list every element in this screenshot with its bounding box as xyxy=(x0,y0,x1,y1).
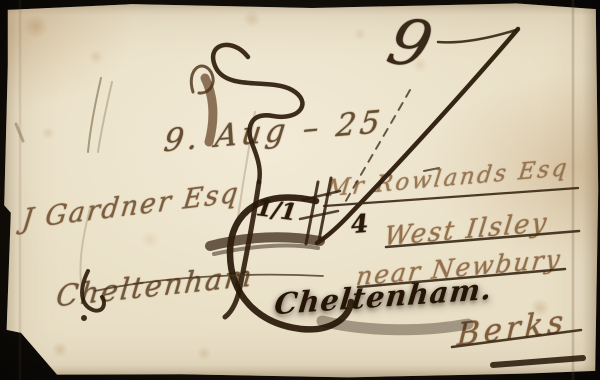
charge-mark: 1/1 xyxy=(255,196,298,224)
letter-photograph: Mr Rowlands Esq West Ilsley near Newbury… xyxy=(0,0,600,380)
secondary-rate-mark: 4 xyxy=(350,211,369,237)
